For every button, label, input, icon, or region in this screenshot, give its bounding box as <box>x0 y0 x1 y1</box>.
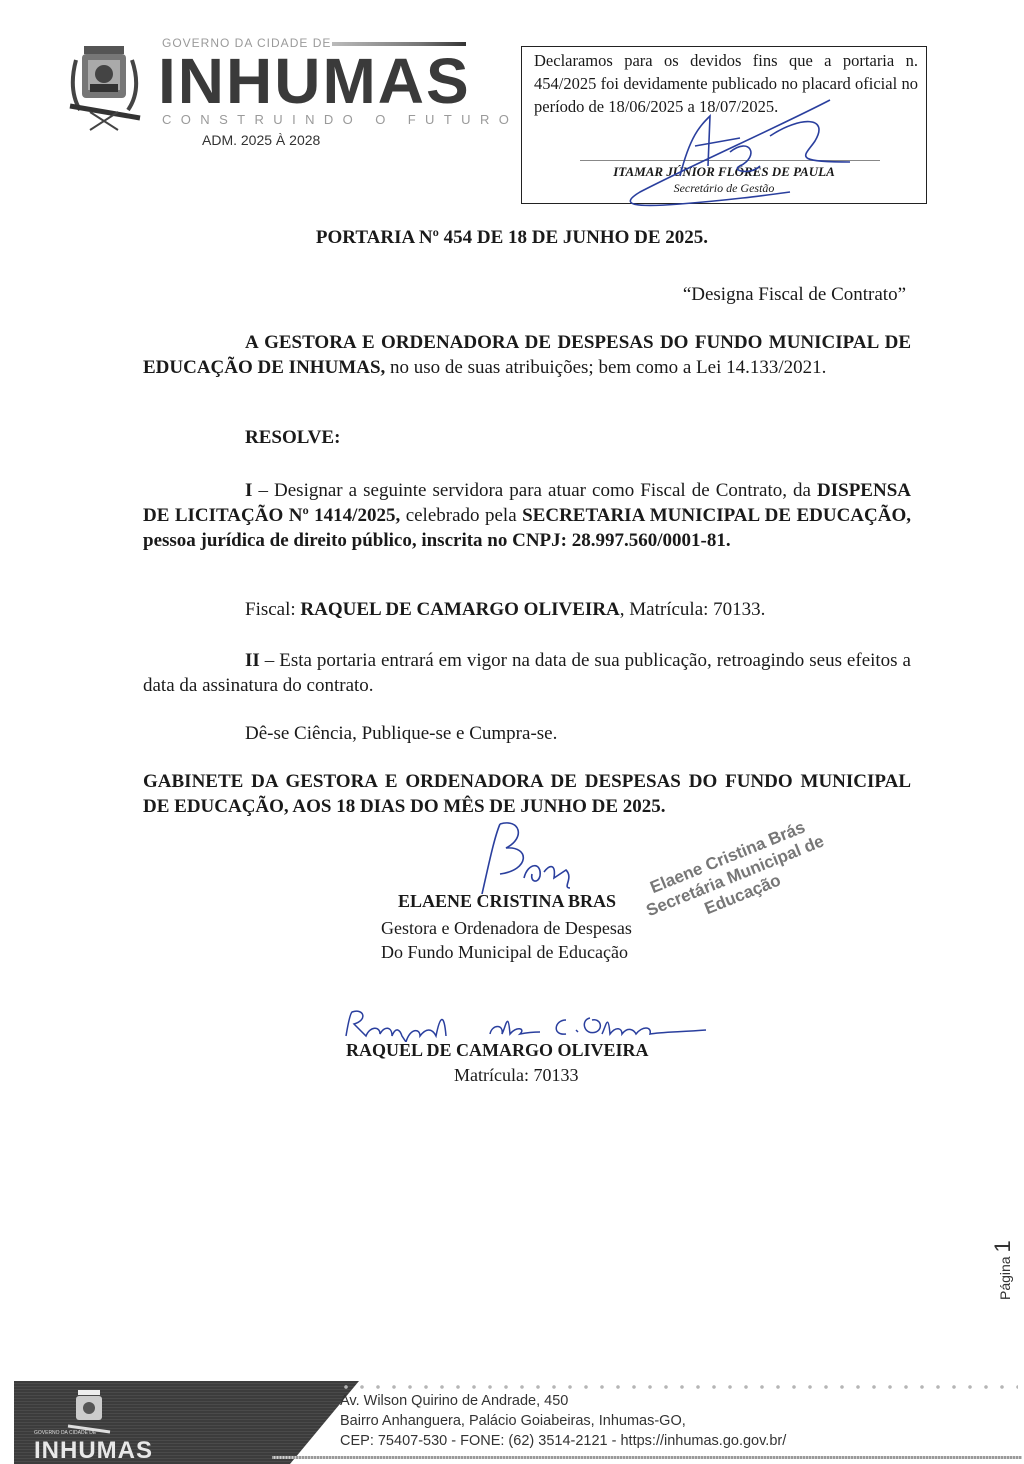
footer-city-name: INHUMAS <box>34 1438 153 1464</box>
publication-declaration-box: Declaramos para os devidos fins que a po… <box>521 46 927 204</box>
signer-role-line-1: Gestora e Ordenadora de Despesas <box>381 916 632 940</box>
city-logo: GOVERNO DA CIDADE DE INHUMAS CONSTRUINDO… <box>62 36 482 146</box>
fiscal-matricula: , Matrícula: 70133. <box>620 599 766 620</box>
page-number: 1 <box>990 1240 1015 1252</box>
coat-of-arms-icon <box>66 40 144 132</box>
document-subtitle: “Designa Fiscal de Contrato” <box>683 284 906 306</box>
address-line-1: Av. Wilson Quirino de Andrade, 450 <box>340 1391 786 1411</box>
address-line-2: Bairro Anhanguera, Palácio Goiabeiras, I… <box>340 1411 786 1431</box>
signer-role: Gestora e Ordenadora de Despesas Do Fund… <box>381 916 632 964</box>
preamble-paragraph: A GESTORA E ORDENADORA DE DESPESAS DO FU… <box>143 330 911 380</box>
signer-name: ELAENE CRISTINA BRAS <box>398 891 616 912</box>
footer-dots <box>338 1384 1018 1390</box>
page-marker: Página 1 <box>990 1240 1016 1300</box>
closing-paragraph: GABINETE DA GESTORA E ORDENADORA DE DESP… <box>143 769 911 819</box>
fiscal-line: Fiscal: RAQUEL DE CAMARGO OLIVEIRA, Matr… <box>245 597 925 622</box>
city-name: INHUMAS <box>158 46 471 116</box>
resolve-heading: RESOLVE: <box>245 427 340 449</box>
address-line-3: CEP: 75407-530 - FONE: (62) 3514-2121 - … <box>340 1431 786 1451</box>
fiscal-signer-name: RAQUEL DE CAMARGO OLIVEIRA <box>346 1040 649 1061</box>
footer-address: Av. Wilson Quirino de Andrade, 450 Bairr… <box>340 1391 786 1451</box>
handwritten-signature-raquel <box>340 1006 710 1042</box>
footer-coat-of-arms-icon <box>64 1386 114 1436</box>
article-2-paragraph: II – Esta portaria entrará em vigor na d… <box>143 648 911 698</box>
article-1-paragraph: I – Designar a seguinte servidora para a… <box>143 478 911 553</box>
article-2-label: II <box>245 650 260 671</box>
page-label: Página <box>997 1256 1013 1300</box>
footer-rule <box>272 1456 1022 1459</box>
publication-signer-name: ITAMAR JÚNIOR FLÔRES DE PAULA <box>522 164 926 180</box>
preamble-text: no uso de suas atribuições; bem como a L… <box>385 357 826 378</box>
administration-period: ADM. 2025 À 2028 <box>202 132 320 148</box>
publication-text: Declaramos para os devidos fins que a po… <box>534 49 918 118</box>
slogan: CONSTRUINDO O FUTURO <box>162 112 518 127</box>
handwritten-signature-elaene <box>470 818 580 898</box>
official-stamp: Elaene Cristina Brás Secretária Municipa… <box>636 813 835 940</box>
document-title: PORTARIA Nº 454 DE 18 DE JUNHO DE 2025. <box>0 227 1024 249</box>
fiscal-name: RAQUEL DE CAMARGO OLIVEIRA <box>300 599 619 620</box>
signature-line <box>580 160 880 161</box>
fiscal-label: Fiscal: <box>245 599 300 620</box>
signer-role-line-2: Do Fundo Municipal de Educação <box>381 940 632 964</box>
fiscal-signer-matricula: Matrícula: 70133 <box>454 1065 578 1086</box>
footer-gov-line: GOVERNO DA CIDADE DE <box>34 1430 96 1436</box>
article-1-text-2: celebrado pela <box>400 505 522 526</box>
article-1-text: – Designar a seguinte servidora para atu… <box>252 480 817 501</box>
publication-signer-role: Secretário de Gestão <box>522 181 926 196</box>
publish-line: Dê-se Ciência, Publique-se e Cumpra-se. <box>245 721 925 746</box>
